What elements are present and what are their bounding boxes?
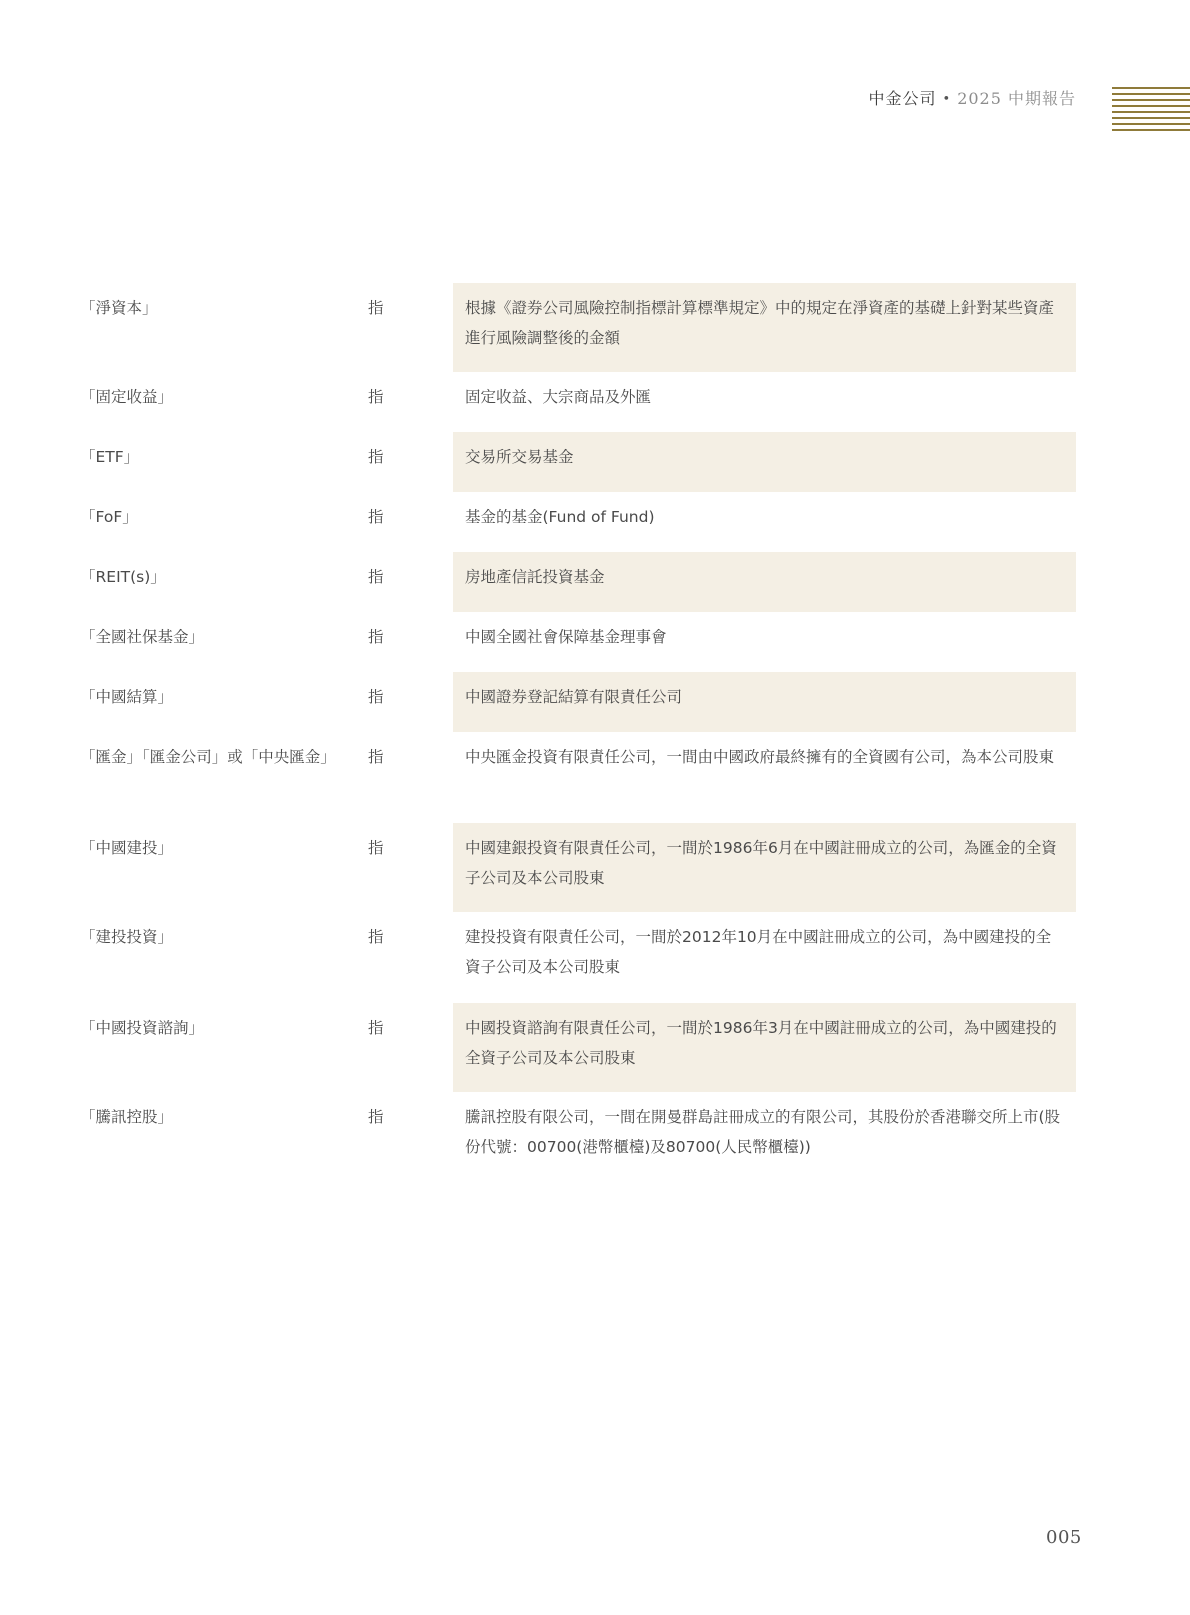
- glossary-term: 「REIT(s)」: [80, 562, 166, 592]
- glossary-row: 「REIT(s)」 指 房地產信託投資基金: [0, 552, 1190, 612]
- glossary-means: 指: [368, 293, 384, 323]
- glossary-row: 「中國結算」 指 中國證券登記結算有限責任公司: [0, 672, 1190, 732]
- glossary-means: 指: [368, 742, 384, 772]
- glossary-definition: 根據《證券公司風險控制指標計算標準規定》中的規定在淨資產的基礎上針對某些資產進行…: [453, 283, 1076, 372]
- glossary-definition: 中國建銀投資有限責任公司，一間於1986年6月在中國註冊成立的公司，為匯金的全資…: [453, 823, 1076, 912]
- glossary-term: 「固定收益」: [80, 382, 173, 412]
- glossary-table: 「淨資本」 指 根據《證券公司風險控制指標計算標準規定》中的規定在淨資產的基礎上…: [0, 283, 1190, 1181]
- glossary-definition: 中國全國社會保障基金理事會: [453, 612, 1076, 672]
- header-company: 中金公司: [869, 89, 937, 108]
- glossary-row: 「中國建投」 指 中國建銀投資有限責任公司，一間於1986年6月在中國註冊成立的…: [0, 823, 1190, 912]
- glossary-term: 「騰訊控股」: [80, 1102, 173, 1132]
- glossary-row: 「中國投資諮詢」 指 中國投資諮詢有限責任公司，一間於1986年3月在中國註冊成…: [0, 1003, 1190, 1092]
- glossary-definition: 中國證券登記結算有限責任公司: [453, 672, 1076, 732]
- glossary-means: 指: [368, 562, 384, 592]
- glossary-means: 指: [368, 1013, 384, 1043]
- glossary-definition: 建投投資有限責任公司，一間於2012年10月在中國註冊成立的公司，為中國建投的全…: [453, 912, 1076, 1003]
- glossary-definition: 基金的基金(Fund of Fund): [453, 492, 1076, 552]
- page-number: 005: [1046, 1527, 1082, 1548]
- glossary-means: 指: [368, 682, 384, 712]
- glossary-row: 「固定收益」 指 固定收益、大宗商品及外匯: [0, 372, 1190, 432]
- glossary-definition: 騰訊控股有限公司，一間在開曼群島註冊成立的有限公司，其股份於香港聯交所上市(股份…: [453, 1092, 1076, 1181]
- header-report-title: 2025 中期報告: [957, 89, 1076, 108]
- glossary-row: 「建投投資」 指 建投投資有限責任公司，一間於2012年10月在中國註冊成立的公…: [0, 912, 1190, 1003]
- glossary-term: 「中國建投」: [80, 833, 173, 863]
- glossary-definition: 交易所交易基金: [453, 432, 1076, 492]
- running-header: 中金公司•2025 中期報告: [869, 86, 1077, 109]
- glossary-row: 「匯金」「匯金公司」或「中央匯金」 指 中央匯金投資有限責任公司，一間由中國政府…: [0, 732, 1190, 823]
- glossary-term: 「ETF」: [80, 442, 139, 472]
- glossary-means: 指: [368, 442, 384, 472]
- glossary-definition: 中國投資諮詢有限責任公司，一間於1986年3月在中國註冊成立的公司，為中國建投的…: [453, 1003, 1076, 1092]
- glossary-row: 「ETF」 指 交易所交易基金: [0, 432, 1190, 492]
- glossary-definition: 中央匯金投資有限責任公司，一間由中國政府最終擁有的全資國有公司，為本公司股東: [453, 732, 1076, 823]
- glossary-term: 「FoF」: [80, 502, 138, 532]
- glossary-definition: 固定收益、大宗商品及外匯: [453, 372, 1076, 432]
- header-separator: •: [943, 92, 952, 107]
- glossary-means: 指: [368, 502, 384, 532]
- glossary-means: 指: [368, 833, 384, 863]
- glossary-row: 「騰訊控股」 指 騰訊控股有限公司，一間在開曼群島註冊成立的有限公司，其股份於香…: [0, 1092, 1190, 1181]
- glossary-definition: 房地產信託投資基金: [453, 552, 1076, 612]
- glossary-term: 「中國結算」: [80, 682, 173, 712]
- glossary-term: 「建投投資」: [80, 922, 173, 952]
- glossary-means: 指: [368, 1102, 384, 1132]
- glossary-means: 指: [368, 922, 384, 952]
- glossary-row: 「淨資本」 指 根據《證券公司風險控制指標計算標準規定》中的規定在淨資產的基礎上…: [0, 283, 1190, 372]
- glossary-term: 「全國社保基金」: [80, 622, 204, 652]
- glossary-term: 「淨資本」: [80, 293, 158, 323]
- glossary-means: 指: [368, 382, 384, 412]
- glossary-term: 「中國投資諮詢」: [80, 1013, 204, 1043]
- glossary-means: 指: [368, 622, 384, 652]
- glossary-term: 「匯金」「匯金公司」或「中央匯金」: [80, 742, 336, 772]
- glossary-row: 「全國社保基金」 指 中國全國社會保障基金理事會: [0, 612, 1190, 672]
- glossary-row: 「FoF」 指 基金的基金(Fund of Fund): [0, 492, 1190, 552]
- decorative-stripes: [1112, 87, 1190, 135]
